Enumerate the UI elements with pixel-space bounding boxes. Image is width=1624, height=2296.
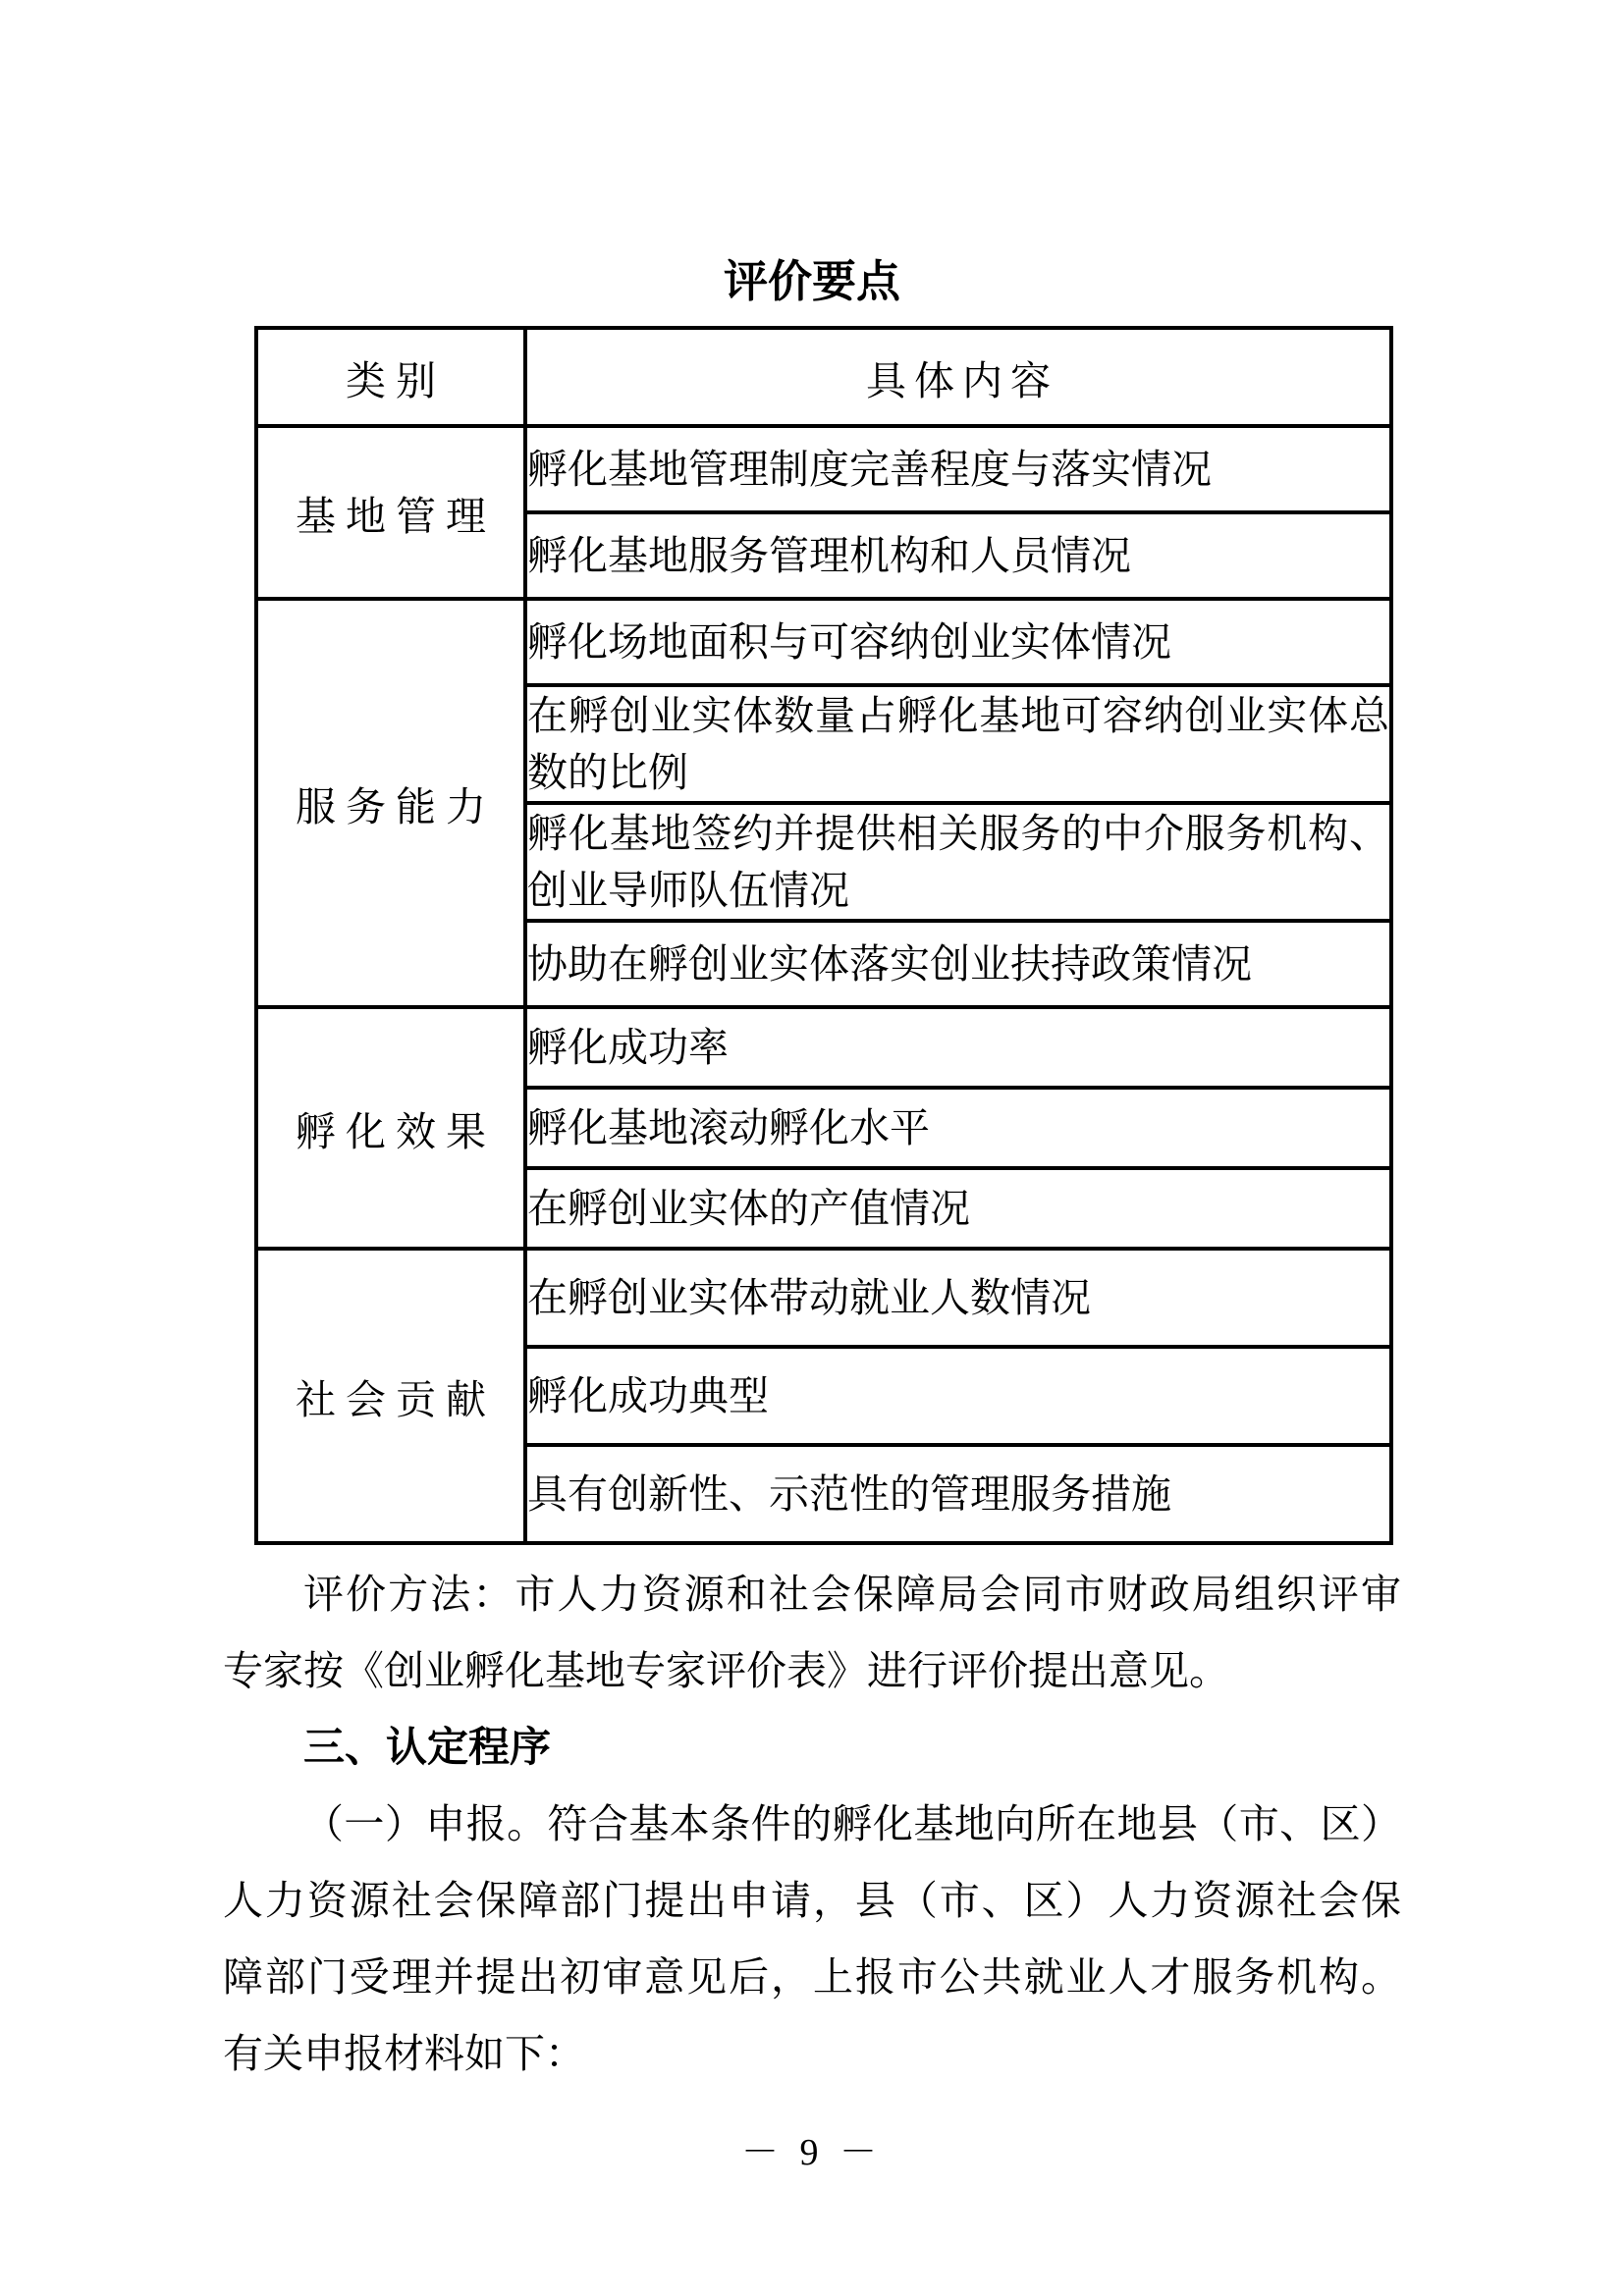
criteria-cell: 孵化成功典型	[525, 1347, 1391, 1445]
page-title: 评价要点	[0, 253, 1624, 310]
paragraph-line: 评价方法：市人力资源和社会保障局会同市财政局组织评审	[223, 1556, 1401, 1632]
body-text-block: 评价方法：市人力资源和社会保障局会同市财政局组织评审 专家按《创业孵化基地专家评…	[223, 1556, 1401, 2092]
criteria-cell: 孵化基地签约并提供相关服务的中介服务机构、创业导师队伍情况	[525, 803, 1391, 921]
criteria-cell: 具有创新性、示范性的管理服务措施	[525, 1445, 1391, 1543]
category-cell-service-capacity: 服务能力	[256, 599, 525, 1007]
criteria-cell: 在孵创业实体带动就业人数情况	[525, 1249, 1391, 1347]
category-cell-base-management: 基地管理	[256, 426, 525, 599]
header-cell-content: 具体内容	[525, 328, 1391, 426]
criteria-cell: 孵化成功率	[525, 1007, 1391, 1088]
table-row: 社会贡献 在孵创业实体带动就业人数情况	[256, 1249, 1391, 1347]
criteria-cell: 孵化基地服务管理机构和人员情况	[525, 512, 1391, 599]
paragraph-line: 有关申报材料如下：	[223, 2015, 1401, 2092]
table-row: 孵化效果 孵化成功率	[256, 1007, 1391, 1088]
criteria-cell: 孵化场地面积与可容纳创业实体情况	[525, 599, 1391, 685]
table-row: 基地管理 孵化基地管理制度完善程度与落实情况	[256, 426, 1391, 512]
criteria-cell: 协助在孵创业实体落实创业扶持政策情况	[525, 921, 1391, 1007]
paragraph-line: 人力资源社会保障部门提出申请，县（市、区）人力资源社会保	[223, 1862, 1401, 1939]
document-page: 评价要点 类别 具体内容 基地管理 孵化基地管理制度完善程度与落实情况 孵化基地…	[0, 0, 1624, 2296]
table-row: 服务能力 孵化场地面积与可容纳创业实体情况	[256, 599, 1391, 685]
category-cell-social-contribution: 社会贡献	[256, 1249, 525, 1543]
paragraph-line: 障部门受理并提出初审意见后，上报市公共就业人才服务机构。	[223, 1939, 1401, 2015]
criteria-cell: 在孵创业实体数量占孵化基地可容纳创业实体总数的比例	[525, 685, 1391, 803]
header-cell-category: 类别	[256, 328, 525, 426]
criteria-cell: 在孵创业实体的产值情况	[525, 1168, 1391, 1249]
category-cell-incubation-effect: 孵化效果	[256, 1007, 525, 1249]
section-heading: 三、认定程序	[223, 1709, 1401, 1786]
paragraph-line: （一）申报。符合基本条件的孵化基地向所在地县（市、区）	[223, 1786, 1401, 1862]
criteria-cell: 孵化基地管理制度完善程度与落实情况	[525, 426, 1391, 512]
criteria-cell: 孵化基地滚动孵化水平	[525, 1088, 1391, 1168]
page-number: － 9 －	[0, 2128, 1624, 2177]
paragraph-line: 专家按《创业孵化基地专家评价表》进行评价提出意见。	[223, 1632, 1401, 1709]
evaluation-points-table: 类别 具体内容 基地管理 孵化基地管理制度完善程度与落实情况 孵化基地服务管理机…	[254, 326, 1393, 1545]
table-header-row: 类别 具体内容	[256, 328, 1391, 426]
